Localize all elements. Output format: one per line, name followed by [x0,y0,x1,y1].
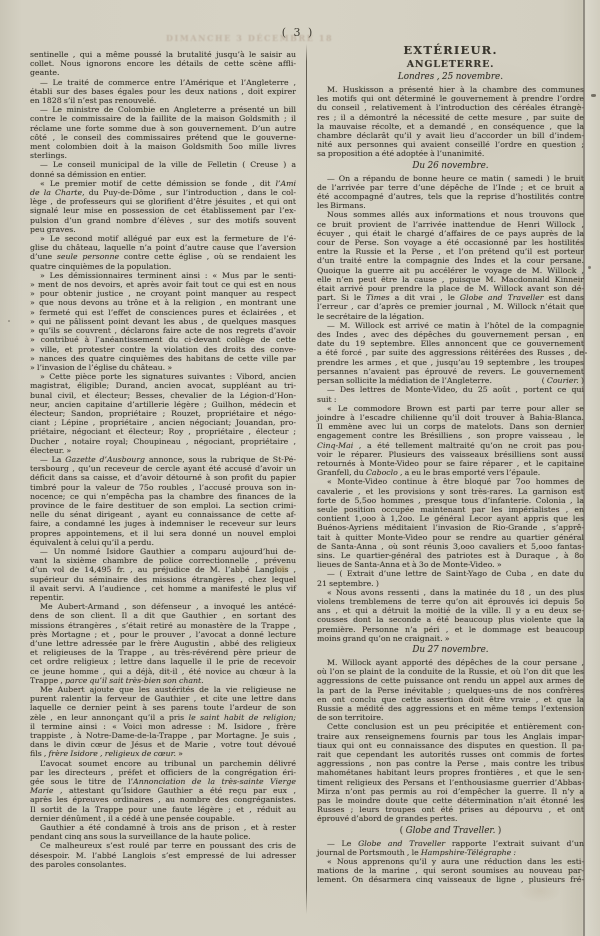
text-line: » ville, et protester contre la violatio… [30,345,296,354]
dateline: ( Globe and Traveller. ) [317,826,584,837]
text-line: part. Si le Times a dit vrai , le Globe … [317,293,584,302]
text-line: » l’invasion de l’église du château. » [30,363,296,372]
dateline: Du 27 novembre. [317,645,584,656]
text-line: près Mortagne ; et , pour le prouver , l… [30,630,296,639]
text-line: ment colombien doit à la maison Goldsmit… [30,142,296,151]
text-line: mations de la marine , qui seront soumis… [317,866,584,875]
text-line: prendre les armes , et que , jusqu’au 19… [317,358,584,367]
text-line: » nances des quatre cinquièmes des habit… [30,354,296,363]
text-line: » ment de nos devoirs, et après avoir fa… [30,280,296,289]
text-line: nelle du sénat dirigeant , ayant eu conn… [30,510,296,519]
text-line: d’une seule personne contre cette église… [30,252,296,261]
text-line: d’un traité entre la compagnie des Indes… [317,256,584,265]
text-line: lège , de professeurs qui se glorifient … [30,197,296,206]
text-line: — Le ministre de Colombie en Angleterre … [30,105,296,114]
text-line: Gauthier a été condamné à trois ans de p… [30,823,296,832]
text-line: ce bruit provient de l’arrivée inattendu… [317,220,584,229]
text-line: » qu’ils se couvrent , déclarons faire a… [30,326,296,335]
text-line: » contribué à l’anéantissement du ci-dev… [30,335,296,344]
source-citation: ( Courier. ) [542,376,584,385]
text-line: Il emmène avec lui un corps de matelots.… [317,422,584,431]
text-line: Quoique la guerre ait pu accélérer le vo… [317,266,584,275]
text-line: joindre à l’escadre chilienne qu’il doit… [317,413,584,422]
text-line: gée sous le titre de l’Annonciation de l… [30,777,296,786]
text-line: date du 19 septembre. Elles annoncent qu… [317,339,584,348]
text-line: Ce malheureux s’est roulé par terre en p… [30,841,296,850]
text-line: contient 1,ooo à 1,2oo. Le général Lecor… [317,514,584,523]
text-line: dernier dénûment , il a cédé à une pensé… [30,814,296,823]
text-line: elle n’en peut être la cause , puisque M… [317,275,584,284]
text-line: la mauvaise récolte, et a demandé , en c… [317,122,584,131]
text-line: traire aux renseignemens fournis par tou… [317,732,584,741]
text-line: M. Huskisson a présenté hier à la chambr… [317,85,584,94]
text-line: journal de Portsmouth , le Hampshire-Tél… [317,848,584,857]
text-line: d’une lettre adressée par le frère Augus… [30,639,296,648]
text-line: missions étrangères , s’était retiré au … [30,621,296,630]
ink-speck [591,94,596,97]
ink-speck [588,266,591,269]
country-heading: ANGLETERRE. [317,59,584,70]
text-line: Trappe , parce qu’il sait très-bien son … [30,676,296,685]
right-column: EXTÉRIEUR.ANGLETERRE.Londres , 25 novemb… [317,44,584,885]
text-line: pulsion d’un grand nombre d’élèves , sur… [30,216,296,225]
text-line: chambre déclarât qu’il y avait lieu d’ac… [317,131,584,140]
text-line: propres appointemens, et il lui sera don… [30,529,296,538]
newspaper-page: DIMANCHE 3 DÉCEMBRE 18 ( 3 ) sentinelle … [0,0,600,936]
text-line: cavalerie , et les provisions y sont trè… [317,487,584,496]
text-line: bunal civil, et électeur; Besses, cheval… [30,391,296,400]
text-line: retournés à Monte-Video pour se faire ré… [317,459,584,468]
text-line: forte de 5,5oo hommes , presque tous d’i… [317,496,584,505]
text-line: nocence; ce qui n’empêcha pas la chambre… [30,492,296,501]
text-line: geante. [30,68,296,77]
text-line: réclame une forte somme due à son gouver… [30,124,296,133]
text-line: — On a répandu de bonne heure ce matin (… [317,174,584,183]
text-line: trappiste , à Notre-Dame-de-la-Trappe , … [30,731,296,740]
text-line: des paroles consolantes. [30,860,296,869]
text-line: cour de Perse. Son voyage a été occasion… [317,238,584,247]
text-line: sterlings. [30,151,296,160]
text-line: de son territoire. [317,713,584,722]
text-line: côté , le conseil des commissaires préte… [30,133,296,142]
text-line: par les directeurs , préfet et officiers… [30,768,296,777]
text-line: équivalent à celui qu’il a perdu. [30,538,296,547]
text-line: Cinq-Mai , a été tellement maltraité qu’… [317,441,584,450]
text-line: — Le Globe and Traveller rapporte l’extr… [317,839,584,848]
text-line: électeur; Sandon, propriétaire ; Rouzet,… [30,409,296,418]
text-line: — Un nommé Isidore Gauthier a comparu au… [30,547,296,556]
text-line: la part de la Perse inévitable ; quelque… [317,686,584,695]
text-line: « Le commodore Brown est parti par terre… [317,404,584,413]
text-line: des Indes , avec des dépêches du gouvern… [317,330,584,339]
text-line: de Santa-Anna , où sont réunis 3,ooo cav… [317,542,584,551]
text-line: res ; il a démontré la nécessité de cett… [317,113,584,122]
text-line: établi sur des bases égales pour les deu… [30,87,296,96]
text-line: « Monte-Video continue à être bloqué par… [317,477,584,486]
text-line: — Le traité de commerce entre l’Amérique… [30,78,296,87]
text-line: L’avocat soumet encore au tribunal un pa… [30,759,296,768]
text-line: contre le commissaire de la faillite de … [30,114,296,123]
text-line: mahométanes habitant leurs propres front… [317,768,584,777]
text-line: éprouvé d’abord de grandes pertes. [317,814,584,823]
section-title: EXTÉRIEUR. [317,44,584,57]
text-line: entre la Russie et la Perse , et l’on pr… [317,247,584,256]
text-line: 21 septembre. ) [317,579,584,588]
text-line: » Les démissionnaires terminent ainsi : … [30,271,296,280]
text-line: les Birmans. [317,201,584,210]
text-line: peu graves. [30,225,296,234]
text-line: a été forcé , par suite des aggressions … [317,348,584,357]
text-line: » qui ne pâlissent point devant les abus… [30,317,296,326]
text-line: de la Charte, du Puy-de-Dôme , sur l’int… [30,188,296,197]
text-line: laquelle ce dernier peint à ses parens t… [30,703,296,712]
text-line: ans , et qui a détruit la moitié de la v… [317,606,584,615]
text-line: il avait servi. A l’audience , cet homme… [30,584,296,593]
column-divider-rule [306,44,307,914]
text-line: tait à quitter Monte-Video pour se rendr… [317,533,584,542]
text-line: sentinelle , qui a même poussé la brutal… [30,50,296,59]
text-line: où l’on se plaint de la conduite de la R… [317,667,584,676]
text-line: — La Gazette d’Ausbourg annonce, sous la… [30,455,296,464]
text-line: repentir. [30,593,296,602]
text-line: désespoir. M. l’abbé Langlois s’est empr… [30,851,296,860]
text-line: — Le conseil municipal de la ville de Fe… [30,160,296,169]
text-line: timbré pour la valeur de 75o roubles , l… [30,483,296,492]
text-line: engagement contre les Brésilliens , son … [317,431,584,440]
text-line: cet ordre religieux ; lettre dans laquel… [30,657,296,666]
text-line: » fermeté qui est l’effet de consciences… [30,308,296,317]
text-line: « Nous avons ressenti , dans la matinée … [317,588,584,597]
text-line: en 1828 s’il n’est pas renouvelé. [30,96,296,105]
text-line: suit : [317,395,584,404]
text-line: Russie a médité des aggressions et en mê… [317,704,584,713]
text-line: Russes ; leurs troupes ont été prises au… [317,805,584,814]
text-line: » que nous devons au trône et à la relig… [30,298,296,307]
text-line: donné sa démission en entier. [30,170,296,179]
text-line: voir le réparer. Plusieurs des vaisseaux… [317,450,584,459]
text-line: rait que cependant les autorités russes … [317,750,584,759]
text-line: quatre cinquièmes de la population. [30,262,296,271]
ink-speck [8,320,10,322]
line-text: persan sollicite la médiation de l’Angle… [317,376,492,385]
text-line: pendant cinq ans sous la surveillance de… [30,832,296,841]
text-line: Buénos-Ayriens méditaient l’invasion de … [317,523,584,532]
left-column: sentinelle , qui a même poussé la brutal… [30,50,296,869]
text-line: été accompagné d’autres, tels que la rep… [317,192,584,201]
text-line: électeur. » [30,446,296,455]
text-line: province de le faire destituer de son em… [30,501,296,510]
text-line: » Le second motif allégué par eux est la… [30,234,296,243]
text-line: écuyer , qui était le chargé d’affaires … [317,229,584,238]
text-line: lement. On désarmera cinq vaisseaux de l… [317,875,584,884]
text-line: tiaux qui ont eu connaissance des disput… [317,741,584,750]
text-line: persan sollicite la médiation de l’Angle… [317,376,584,385]
text-line: il termine ainsi : « Voici mon adresse :… [30,722,296,731]
text-line: faire, a condamné les juges à indemniser… [30,519,296,528]
text-line: priétaire, négociant et électeur; Roy , … [30,427,296,436]
text-line: Granfell, du Caboclo , a eu le bras empo… [317,468,584,477]
ink-speck [585,352,587,354]
text-line: Cette conclusion est un peu précipitée e… [317,722,584,731]
text-line: pas le moindre doute que cette détermina… [317,796,584,805]
text-line: de l’arrivée par terre d’une dépêche de … [317,183,584,192]
text-line: Il sortit de la Trappe pour une faute lé… [30,805,296,814]
dateline: Londres , 25 novembre. [317,72,584,83]
text-line: « Nous apprenons qu’il y aura une réduct… [317,857,584,866]
dateline: Du 26 novembre. [317,161,584,172]
text-line: Me Aubert ajoute que les austérités de l… [30,685,296,694]
text-line: sa proposition a été adoptée à l’unanimi… [317,149,584,158]
text-line: collet. Nous ignorons encore les détails… [30,59,296,68]
text-line: le secrétaire de la légation. [317,312,584,321]
text-line: — Des lettres de Monte-Video, du 25 août… [317,385,584,394]
text-line: ciant ; Lépine , propriétaire , ancien n… [30,418,296,427]
text-line: après les épreuves ordinaires , au nombr… [30,795,296,804]
text-line: première. Personne n’a péri , et le domm… [317,625,584,634]
text-line: vant la sixième chambre de police correc… [30,556,296,565]
text-line: fils , frère Isidore , religieux de cœur… [30,749,296,758]
text-line: déficit dans sa caisse, et d’avoir détou… [30,473,296,482]
text-line: persannes n’avaient pas éprouvé de rever… [317,367,584,376]
text-line: Ducher , notaire royal; Choupineau , nég… [30,437,296,446]
text-line: dens de son client. Il a dit que Gauthie… [30,611,296,620]
text-line: Me Aubert-Armand , son défenseur , a inv… [30,602,296,611]
text-line: supérieur du séminaire des missions étra… [30,575,296,584]
text-line: en ont conclu que cette assertion doit ê… [317,695,584,704]
text-line: était arrivé pour prendre la place de M.… [317,284,584,293]
text-line: ce jeune homme , qui a déjà, dit-il , ét… [30,667,296,676]
text-line: aggressions , non pas contre la Perse , … [317,759,584,768]
text-line: tersbourg , qu’un receveur de cercle aya… [30,464,296,473]
text-line: Mirza n’ont pas permis au roi d’empêcher… [317,787,584,796]
text-line: dans le divin cœur de Jésus et de Marie … [30,740,296,749]
text-line: signalé leur mise en possession de cet é… [30,206,296,215]
text-line: » Cette pièce porte les signatures suiva… [30,372,296,381]
text-line: l’erreur , car d’après ce premier journa… [317,302,584,311]
text-line: seule position occupée maintenant par le… [317,505,584,514]
text-line: du conseil , relativement à l’introducti… [317,103,584,112]
text-line: d’un vol de 14,495 fr. , au préjudice de… [30,565,296,574]
text-line: sins. Le quartier-général des patriotes … [317,551,584,560]
text-line: glise du château, laquelle n’a point d’a… [30,243,296,252]
text-line: — M. Willock est arrivé ce matin à l’hôt… [317,321,584,330]
text-line: M. Willock ayant apporté des dépêches de… [317,658,584,667]
text-line: aggressions de cette puissance ont rendu… [317,676,584,685]
text-line: neur, ancien capitaine d’artillerie légè… [30,400,296,409]
text-line: zèle , en leur annonçant qu’il a pris le… [30,713,296,722]
text-line: violens tremblemens de terre qu’on ait é… [317,597,584,606]
text-line: et religieuses de la Trappe , au très-ré… [30,648,296,657]
text-line: cousses dont la seconde a été beaucoup p… [317,615,584,624]
text-line: magistrat, éligible; Durand, ancien avoc… [30,381,296,390]
page-number: ( 3 ) [258,26,338,39]
text-line: — ( Extrait d’une lettre de Saint-Yago d… [317,569,584,578]
text-line: lieues de Santa-Anna et à 3o de Monte-Vi… [317,560,584,569]
text-line: « Le premier motif de cette démission se… [30,179,296,188]
text-line: timent religieux des Persans et l’enthou… [317,778,584,787]
text-line: Nous sommes allés aux informations et no… [317,210,584,219]
text-line: Marie , attestant qu’Isidore Gauthier a … [30,786,296,795]
text-line: moins grand qu’on ne craignait. » [317,634,584,643]
